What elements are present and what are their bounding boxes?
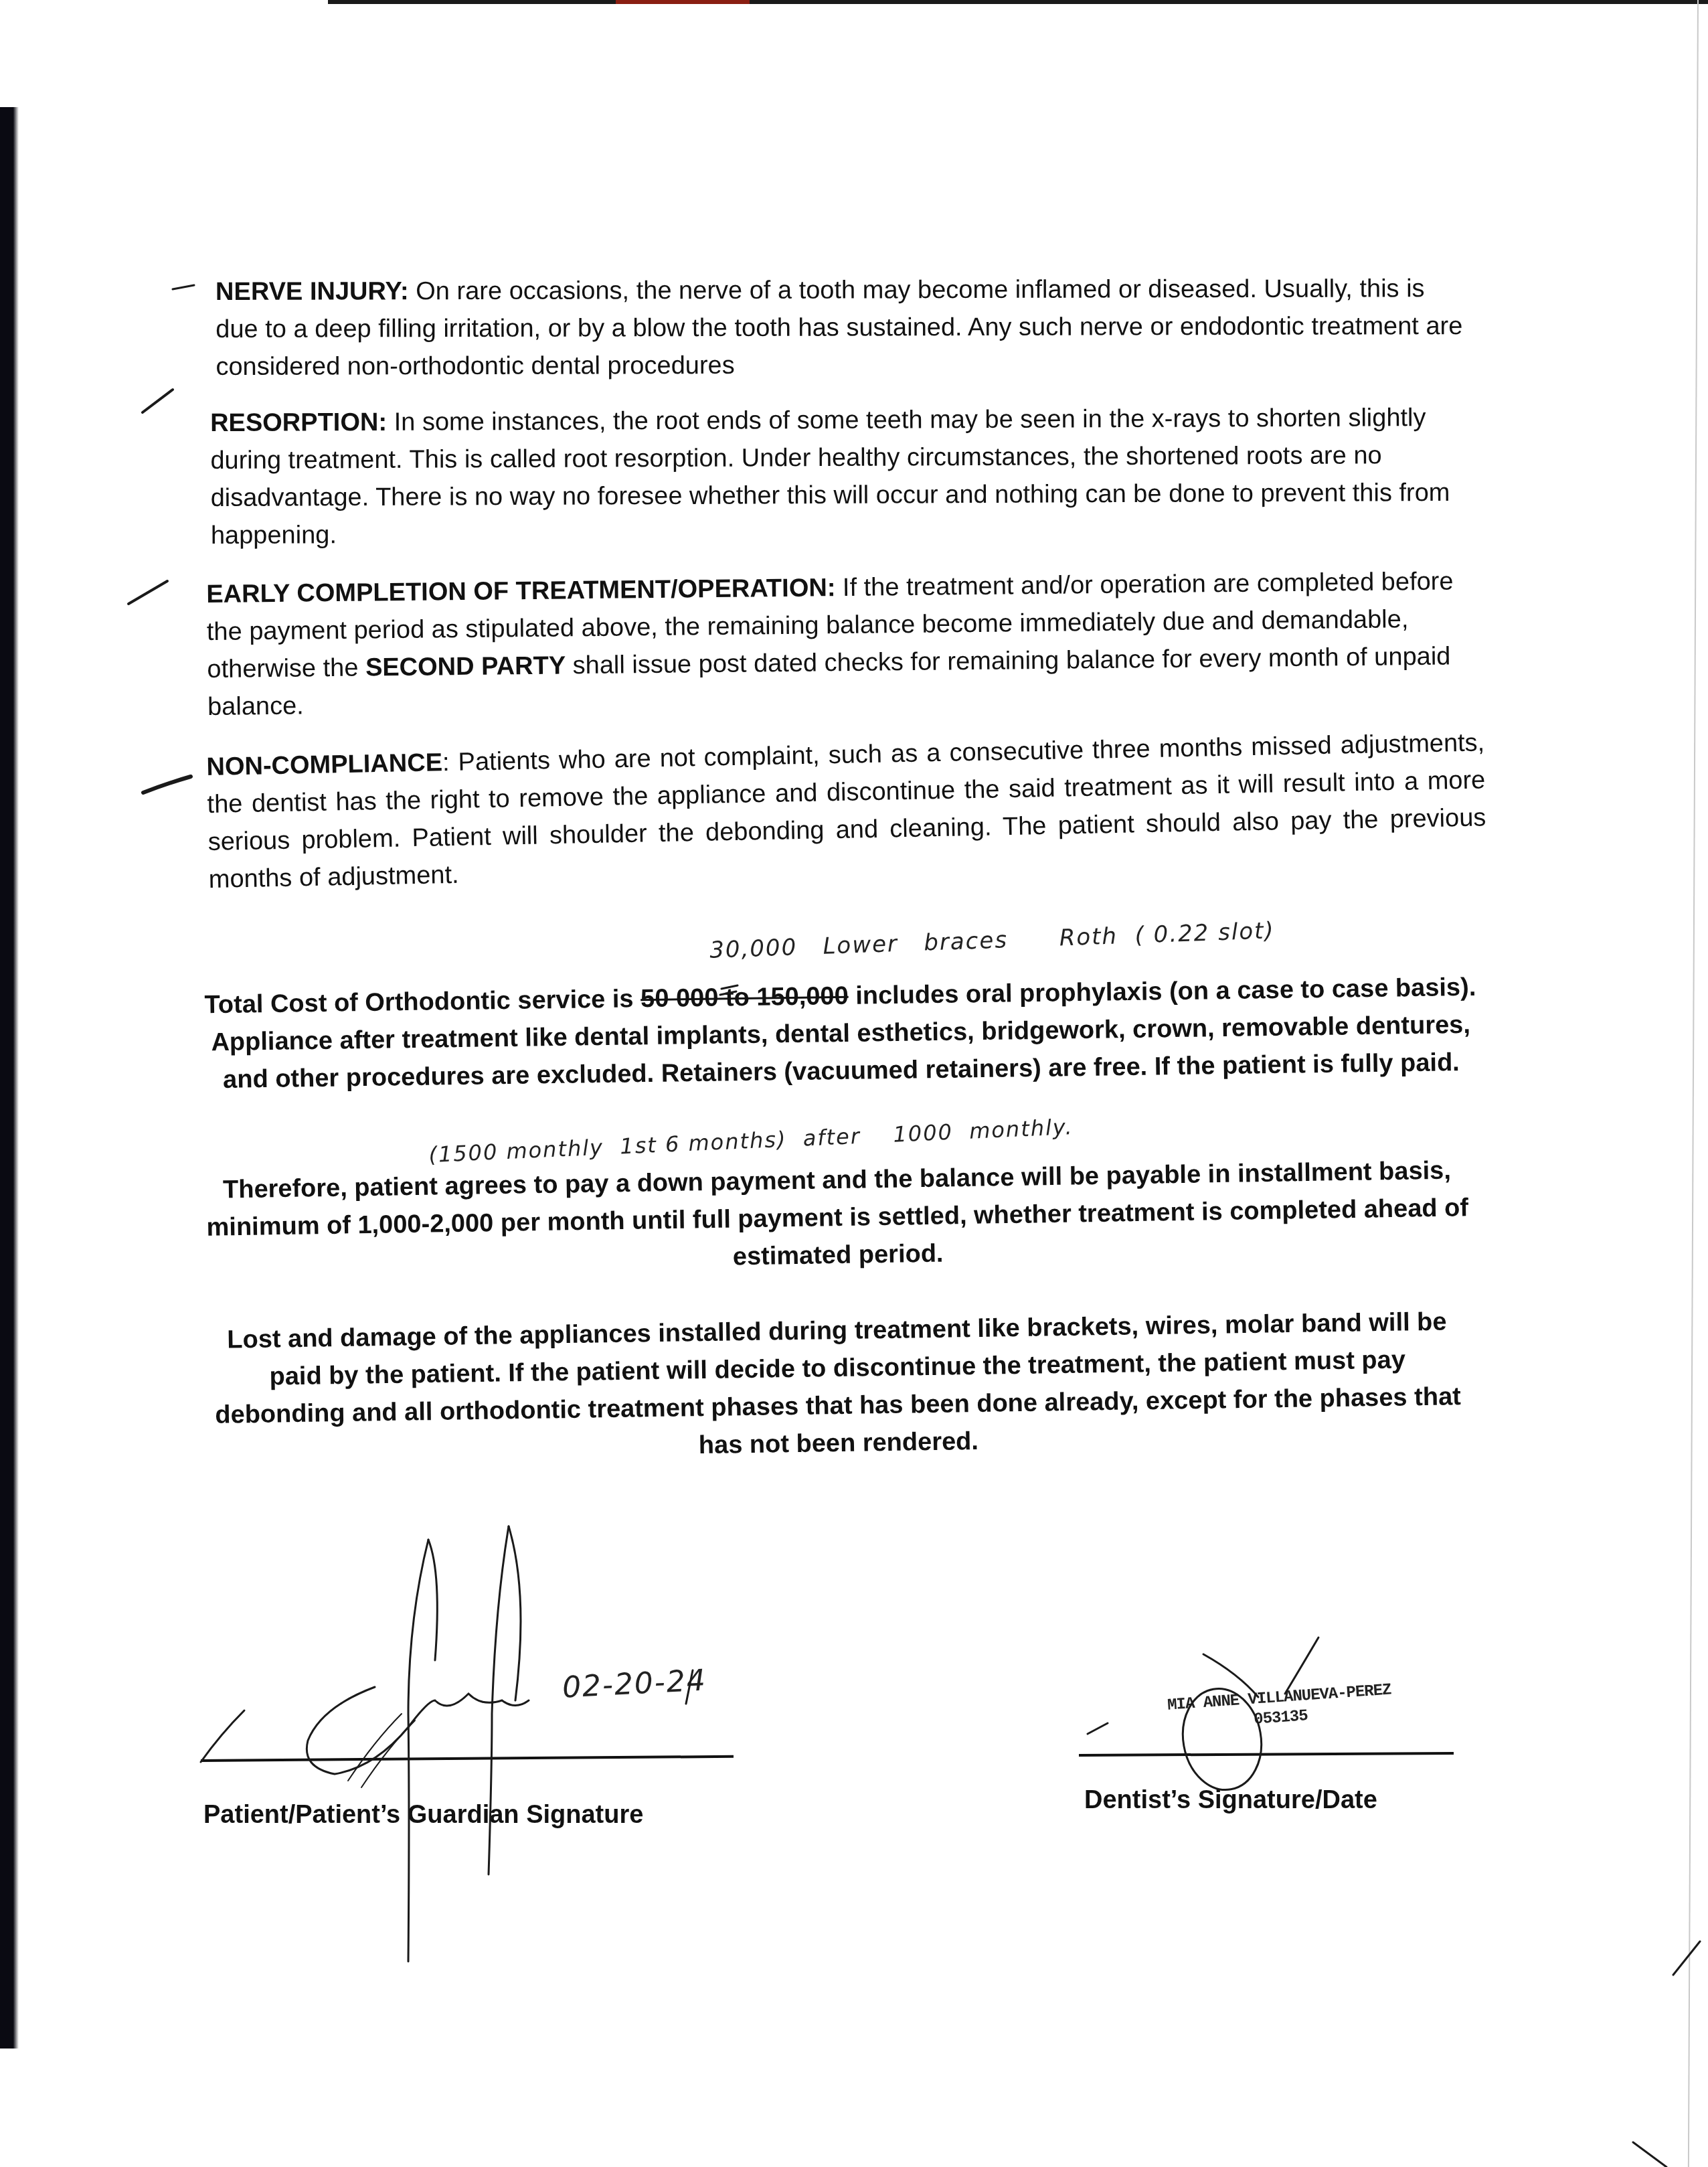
patient-signature [201,1710,244,1762]
pen-strokes-overlay [0,0,1708,2167]
check-mark-icon [173,285,194,289]
dentist-signature [1088,1723,1108,1734]
check-mark-icon [143,390,173,412]
scanned-document-page: NERVE INJURY: On rare occasions, the ner… [0,0,1708,2167]
check-mark-icon [129,581,167,604]
patient-signature [307,1687,529,1774]
check-mark-icon [143,777,191,793]
